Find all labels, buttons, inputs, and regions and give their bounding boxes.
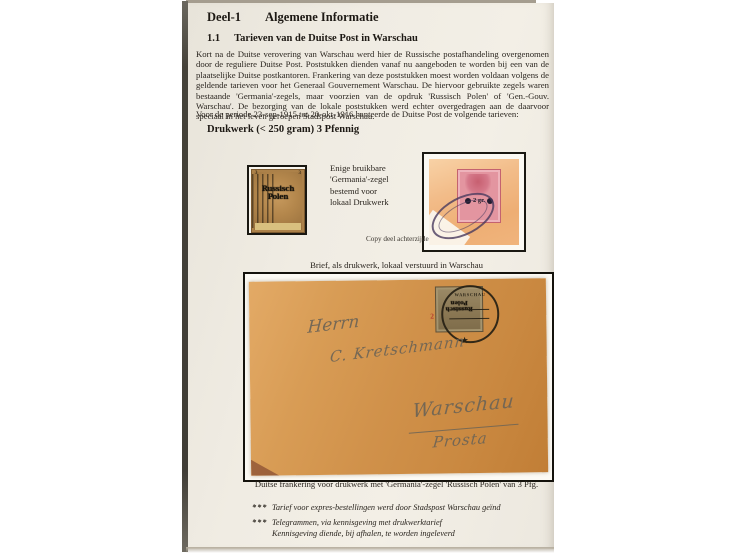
postmark-line: [449, 318, 489, 319]
handwriting-street: Prosta: [432, 429, 488, 452]
stamp-note-line: lokaal Drukwerk: [330, 197, 389, 208]
red-crayon-mark: 2: [430, 312, 434, 321]
handwriting-salutation: Herrn: [307, 312, 360, 338]
germania-stamp-image: 3 3 Russisch Polen: [251, 169, 305, 233]
backside-copy-frame: 2 gr.: [422, 152, 526, 252]
cover-frame: Russisch Polen WARSCHAU ★ 2 Herrn C. Kre…: [243, 272, 554, 482]
handwriting-city: Warschau: [412, 390, 516, 422]
section-heading: 1.1 Tarieven van de Duitse Post in Warsc…: [207, 33, 418, 44]
page-bottom-shadow: [186, 547, 554, 553]
cover-caption-bottom: Duitse frankering voor drukwerk met 'Ger…: [243, 479, 550, 489]
copy-caption: Copy deel achterzijde: [366, 235, 429, 243]
footnote-marker: ***: [252, 518, 272, 527]
footnote-1: *** Tarief voor expres-bestellingen werd…: [252, 503, 501, 512]
chapter-heading: Deel-1 Algemene Informatie: [207, 10, 379, 25]
postmark-town: WARSCHAU: [443, 292, 497, 298]
footnote-marker: ***: [252, 503, 272, 512]
stamp-value-right: 3: [299, 171, 302, 176]
germania-stamp-frame: 3 3 Russisch Polen: [247, 165, 307, 235]
cover-fragment-image: 2 gr.: [429, 159, 519, 245]
tariff-period-line: Voor de periode 23-sep-1915 tot 20-okt-1…: [196, 109, 519, 119]
postmark-line: [449, 309, 489, 310]
cover-caption-top: Brief, als drukwerk, lokaal verstuurd in…: [243, 260, 550, 270]
stamp-note-line: 'Germania'-zegel: [330, 174, 389, 185]
chapter-title: Algemene Informatie: [265, 10, 379, 25]
handwriting-name: C. Kretschmann: [329, 332, 466, 366]
chapter-number: Deel-1: [207, 10, 241, 25]
footnote-text: Tarief voor expres-bestellingen werd doo…: [272, 503, 501, 512]
section-title: Tarieven van de Duitse Post in Warschau: [234, 33, 418, 44]
footnote-2: *** Telegrammen, via kennisgeving met dr…: [252, 518, 442, 527]
cancel-bars-icon: [252, 174, 274, 228]
oval-postmark-inner: [434, 193, 493, 240]
stamp-note-line: Enige bruikbare: [330, 163, 389, 174]
stamp-bottom-band: [255, 223, 301, 230]
photographed-album-page: Deel-1 Algemene Informatie 1.1 Tarieven …: [0, 0, 740, 557]
rate-heading: Drukwerk (< 250 gram) 3 Pfennig: [207, 124, 359, 135]
envelope-image: Russisch Polen WARSCHAU ★ 2 Herrn C. Kre…: [249, 278, 548, 476]
corner-smudge: [251, 459, 279, 475]
section-number: 1.1: [207, 33, 220, 44]
footnote-text: Telegrammen, via kennisgeving met drukwe…: [272, 518, 442, 527]
russisch-polen-overprint: Russisch Polen: [252, 185, 304, 200]
footnote-2-line-2: Kennisgeving diende, bij afhalen, te wor…: [272, 529, 455, 538]
stamp-note: Enige bruikbare 'Germania'-zegel bestemd…: [330, 163, 389, 208]
stamp-note-line: bestemd voor: [330, 186, 389, 197]
